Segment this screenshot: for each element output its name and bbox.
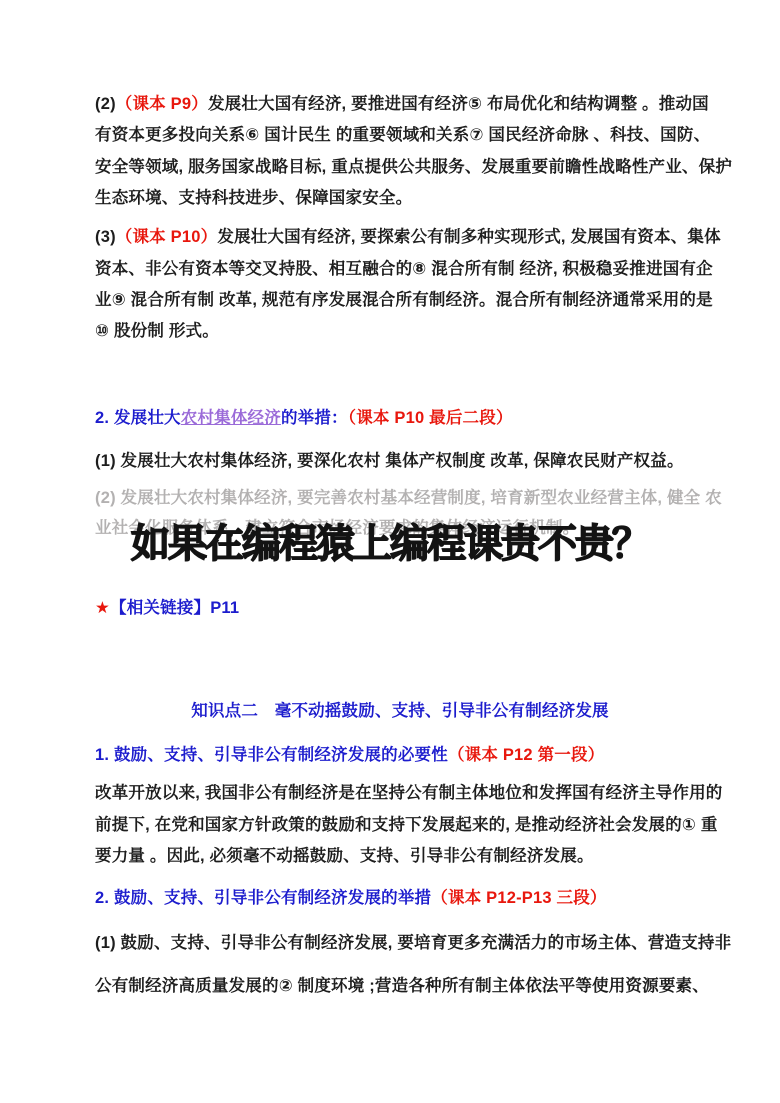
body-text: 生态环境、支持科技进步、保障国家安全。	[95, 189, 412, 207]
body-text: (3)	[95, 228, 116, 246]
textbook-page-ref: （课本 P12 第一段）	[448, 746, 604, 764]
body-text: ⑩ 股份制 形式。	[95, 322, 219, 340]
heading-zhishidian-2-line-1: 知识点二 毫不动摇鼓励、支持、引导非公有制经济发展	[95, 695, 705, 727]
heading-text: 的举措：	[281, 409, 348, 427]
heading-text: 【相关链接】P11	[110, 599, 239, 617]
para-guoyou-p10-line-2: 资本、非公有资本等交叉持股、相互融合的⑧ 混合所有制 经济, 积极稳妥推进国有企	[95, 253, 705, 285]
para-gaige-kaifang-line-1: 改革开放以来, 我国非公有制经济是在坚持公有制主体地位和发挥国有经济主导作用的	[95, 777, 705, 809]
body-text: 资本、非公有资本等交叉持股、相互融合的⑧ 混合所有制 经济, 积极稳妥推进国有企	[95, 260, 713, 278]
para-guli-1-line-1: (1) 鼓励、支持、引导非公有制经济发展, 要培育更多充满活力的市场主体、营造支…	[95, 927, 705, 959]
faded-text: (2) 发展壮大农村集体经济, 要完善农村基本经营制度, 培育新型农业经营主体,…	[95, 489, 722, 507]
body-text: 改革开放以来, 我国非公有制经济是在坚持公有制主体地位和发挥国有经济主导作用的	[95, 784, 722, 802]
body-text: 有资本更多投向关系⑥ 国计民生 的重要领域和关系⑦ 国民经济命脉 、科技、国防、	[95, 126, 710, 144]
para-nongcun-2-faded-line-1: (2) 发展壮大农村集体经济, 要完善农村基本经营制度, 培育新型农业经营主体,…	[95, 482, 705, 514]
body-text: (1) 鼓励、支持、引导非公有制经济发展, 要培育更多充满活力的市场主体、营造支…	[95, 934, 731, 952]
heading-text: 知识点二 毫不动摇鼓励、支持、引导非公有制经济发展	[191, 702, 609, 720]
para-gaige-kaifang-line-2: 前提下, 在党和国家方针政策的鼓励和支持下发展起来的, 是推动经济社会发展的① …	[95, 809, 705, 841]
heading-text: 2. 发展壮大	[95, 409, 181, 427]
related-link-line-1: ★【相关链接】P11	[95, 592, 705, 624]
textbook-page-ref: （课本 P12-P13 三段）	[431, 889, 606, 907]
textbook-page-ref: （课本 P10）	[116, 228, 218, 246]
body-text: 前提下, 在党和国家方针政策的鼓励和支持下发展起来的, 是推动经济社会发展的① …	[95, 816, 718, 834]
body-text: 发展壮大国有经济, 要推进国有经济⑤ 布局优化和结构调整 。推动国	[208, 95, 709, 113]
body-text: 要力量 。因此, 必须毫不动摇鼓励、支持、引导非公有制经济发展。	[95, 847, 594, 865]
body-text: 安全等领域, 服务国家战略目标, 重点提供公共服务、发展重要前瞻性战略性产业、保…	[95, 158, 732, 176]
body-text: (2)	[95, 95, 116, 113]
para-guoyou-p10-line-4: ⑩ 股份制 形式。	[95, 315, 705, 347]
para-guoyou-p9-line-2: 有资本更多投向关系⑥ 国计民生 的重要领域和关系⑦ 国民经济命脉 、科技、国防、	[95, 119, 705, 151]
star-icon: ★	[95, 599, 110, 617]
body-text: (1) 发展壮大农村集体经济, 要深化农村 集体产权制度 改革, 保障农民财产权…	[95, 452, 684, 470]
textbook-page-ref: （课本 P10 最后二段）	[348, 409, 513, 427]
body-text: 公有制经济高质量发展的② 制度环境 ;营造各种所有制主体依法平等使用资源要素、	[95, 977, 709, 995]
body-text: 业⑨ 混合所有制 改革, 规范有序发展混合所有制经济。混合所有制经济通常采用的是	[95, 291, 713, 309]
para-guoyou-p9-line-1: (2)（课本 P9）发展壮大国有经济, 要推进国有经济⑤ 布局优化和结构调整 。…	[95, 88, 705, 120]
para-guoyou-p9-line-4: 生态环境、支持科技进步、保障国家安全。	[95, 182, 705, 214]
watermark-overlay-text: 如果在编程猿上编程课贵不贵？	[0, 520, 780, 570]
para-gaige-kaifang-line-3: 要力量 。因此, 必须毫不动摇鼓励、支持、引导非公有制经济发展。	[95, 840, 705, 872]
body-text: 发展壮大国有经济, 要探索公有制多种实现形式, 发展国有资本、集体	[217, 228, 720, 246]
para-guoyou-p10-line-3: 业⑨ 混合所有制 改革, 规范有序发展混合所有制经济。混合所有制经济通常采用的是	[95, 284, 705, 316]
underlined-term: 农村集体经济	[181, 409, 281, 427]
heading-text: 1. 鼓励、支持、引导非公有制经济发展的必要性	[95, 746, 448, 764]
para-guli-1-line-2: 公有制经济高质量发展的② 制度环境 ;营造各种所有制主体依法平等使用资源要素、	[95, 970, 705, 1002]
document-page: (2)（课本 P9）发展壮大国有经济, 要推进国有经济⑤ 布局优化和结构调整 。…	[0, 0, 780, 1103]
heading-text: 2. 鼓励、支持、引导非公有制经济发展的举措	[95, 889, 431, 907]
heading-nongcun-jiti-line-1: 2. 发展壮大农村集体经济的举措：（课本 P10 最后二段）	[95, 402, 705, 434]
para-nongcun-1-line-1: (1) 发展壮大农村集体经济, 要深化农村 集体产权制度 改革, 保障农民财产权…	[95, 445, 705, 477]
heading-biyaoxing-line-1: 1. 鼓励、支持、引导非公有制经济发展的必要性（课本 P12 第一段）	[95, 739, 705, 771]
para-guoyou-p10-line-1: (3)（课本 P10）发展壮大国有经济, 要探索公有制多种实现形式, 发展国有资…	[95, 221, 705, 253]
heading-jucuo-line-1: 2. 鼓励、支持、引导非公有制经济发展的举措（课本 P12-P13 三段）	[95, 882, 705, 914]
para-guoyou-p9-line-3: 安全等领域, 服务国家战略目标, 重点提供公共服务、发展重要前瞻性战略性产业、保…	[95, 151, 705, 183]
textbook-page-ref: （课本 P9）	[116, 95, 208, 113]
